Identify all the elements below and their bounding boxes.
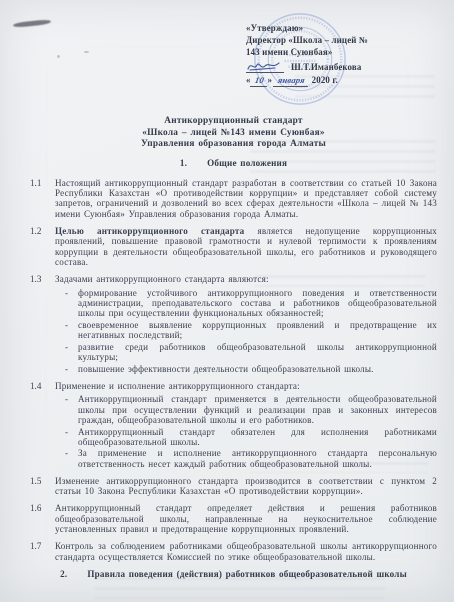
paragraph-number: 1.6 xyxy=(30,503,41,513)
paragraph-number: 1.4 xyxy=(30,381,41,391)
paragraph-number: 1.3 xyxy=(30,274,41,284)
paragraph-text: Задачами антикоррупционного стандарта яв… xyxy=(55,274,269,284)
section-1-number: 1. xyxy=(180,158,187,168)
paragraph-text: Настоящий антикоррупционный стандарт раз… xyxy=(55,178,437,219)
bullet-list: -формирование устойчивого антикоррупцион… xyxy=(55,288,437,375)
bullet-dash: - xyxy=(65,288,68,298)
paragraph-text: Контроль за соблюдением работниками обще… xyxy=(55,541,437,561)
section-2-title: Правила поведения (действия) работников … xyxy=(87,569,407,579)
bullet-item: -своевременное выявление коррупционных п… xyxy=(65,320,437,341)
title-line-2: «Школа – лицей №143 имени Суюнбая» xyxy=(30,128,437,140)
paragraph-bold-lead: Целью антикоррупционного стандарта xyxy=(55,226,244,236)
bullet-dash: - xyxy=(65,448,68,458)
paragraph-1-5: 1.5 Изменение антикоррупционного стандар… xyxy=(30,476,437,497)
handwritten-month: января xyxy=(273,74,310,87)
signature-scribble xyxy=(246,60,284,73)
paragraph-number: 1.7 xyxy=(30,541,41,551)
paragraph-text: Применение и исполнение антикоррупционно… xyxy=(55,381,300,391)
director-title-line2: 143 имени Суюнбая» xyxy=(246,46,442,58)
paragraph-1-3: 1.3 Задачами антикоррупционного стандарт… xyxy=(30,274,437,374)
bullet-text: развитие среди работников общеобразовате… xyxy=(78,342,437,362)
handwritten-day: 10 xyxy=(249,74,268,87)
bullet-item: -Антикоррупционный стандарт обязателен д… xyxy=(65,427,437,448)
bullet-item: -формирование устойчивого антикоррупцион… xyxy=(65,288,437,319)
section-2-heading: 2.Правила поведения (действия) работнико… xyxy=(58,569,410,580)
date-year: 2020 г. xyxy=(312,75,338,85)
bullet-item: -развитие среди работников общеобразоват… xyxy=(65,342,437,363)
bullet-dash: - xyxy=(65,342,68,352)
document-title: Антикоррупционный стандарт «Школа – лице… xyxy=(30,116,437,151)
bullet-item: -повышение эффективности деятельности об… xyxy=(65,364,437,374)
bullet-text: За применение и исполнение антикоррупцио… xyxy=(78,448,437,468)
bullet-item: -Антикоррупционный стандарт применяется … xyxy=(65,394,437,425)
bullet-text: формирование устойчивого антикоррупционн… xyxy=(78,288,437,319)
bullet-item: -За применение и исполнение антикоррупци… xyxy=(65,448,437,469)
paragraph-1-7: 1.7 Контроль за соблюдением работниками … xyxy=(30,541,437,562)
bullet-dash: - xyxy=(65,364,68,374)
paragraph-1-1: 1.1 Настоящий антикоррупционный стандарт… xyxy=(30,178,437,220)
section-1-title: Общие положения xyxy=(207,158,287,168)
scan-smudge-artifact xyxy=(13,19,51,28)
signature-row: Ш.Т.Иманбекова xyxy=(246,59,442,73)
paragraph-1-2: 1.2 Целью антикоррупционного стандарта я… xyxy=(30,226,437,268)
approve-label: «Утверждаю» xyxy=(246,22,442,34)
bullet-dash: - xyxy=(65,394,68,404)
bullet-text: повышение эффективности деятельности общ… xyxy=(78,364,374,374)
signature-ink-graphic xyxy=(246,60,282,72)
paragraph-number: 1.1 xyxy=(30,178,41,188)
paragraph-text: Изменение антикоррупционного стандарта п… xyxy=(55,476,437,496)
bullet-dash: - xyxy=(65,427,68,437)
document-body: Антикоррупционный стандарт «Школа – лице… xyxy=(30,116,437,589)
scan-speck xyxy=(57,55,60,58)
bullet-dash: - xyxy=(65,320,68,330)
section-1-heading: 1.Общие положения xyxy=(30,158,437,169)
scan-speck xyxy=(84,51,89,53)
bullet-text: своевременное выявление коррупционных пр… xyxy=(78,320,437,340)
paragraph-1-6: 1.6 Антикоррупционный стандарт определяе… xyxy=(30,503,437,534)
director-title-line1: Директор «Школа – лицей № xyxy=(246,34,442,46)
paragraph-number: 1.2 xyxy=(30,226,41,236)
paragraph-text: Антикоррупционный стандарт определяет де… xyxy=(55,503,437,534)
paragraph-1-4: 1.4 Применение и исполнение антикоррупци… xyxy=(30,381,437,470)
bullet-text: Антикоррупционный стандарт обязателен дл… xyxy=(78,427,437,447)
scanned-document-page: «Утверждаю» Директор «Школа – лицей № 14… xyxy=(0,0,454,602)
bullet-list: -Антикоррупционный стандарт применяется … xyxy=(55,394,437,469)
paragraph-number: 1.5 xyxy=(30,476,41,486)
signer-name: Ш.Т.Иманбекова xyxy=(291,61,361,73)
approval-date-line: «10» января 2020 г. xyxy=(246,74,442,87)
bullet-text: Антикоррупционный стандарт применяется в… xyxy=(78,394,437,425)
title-line-3: Управления образования города Алматы xyxy=(30,139,437,151)
title-line-1: Антикоррупционный стандарт xyxy=(30,116,437,128)
section-2-number: 2. xyxy=(60,569,67,579)
approval-block: «Утверждаю» Директор «Школа – лицей № 14… xyxy=(246,22,442,87)
